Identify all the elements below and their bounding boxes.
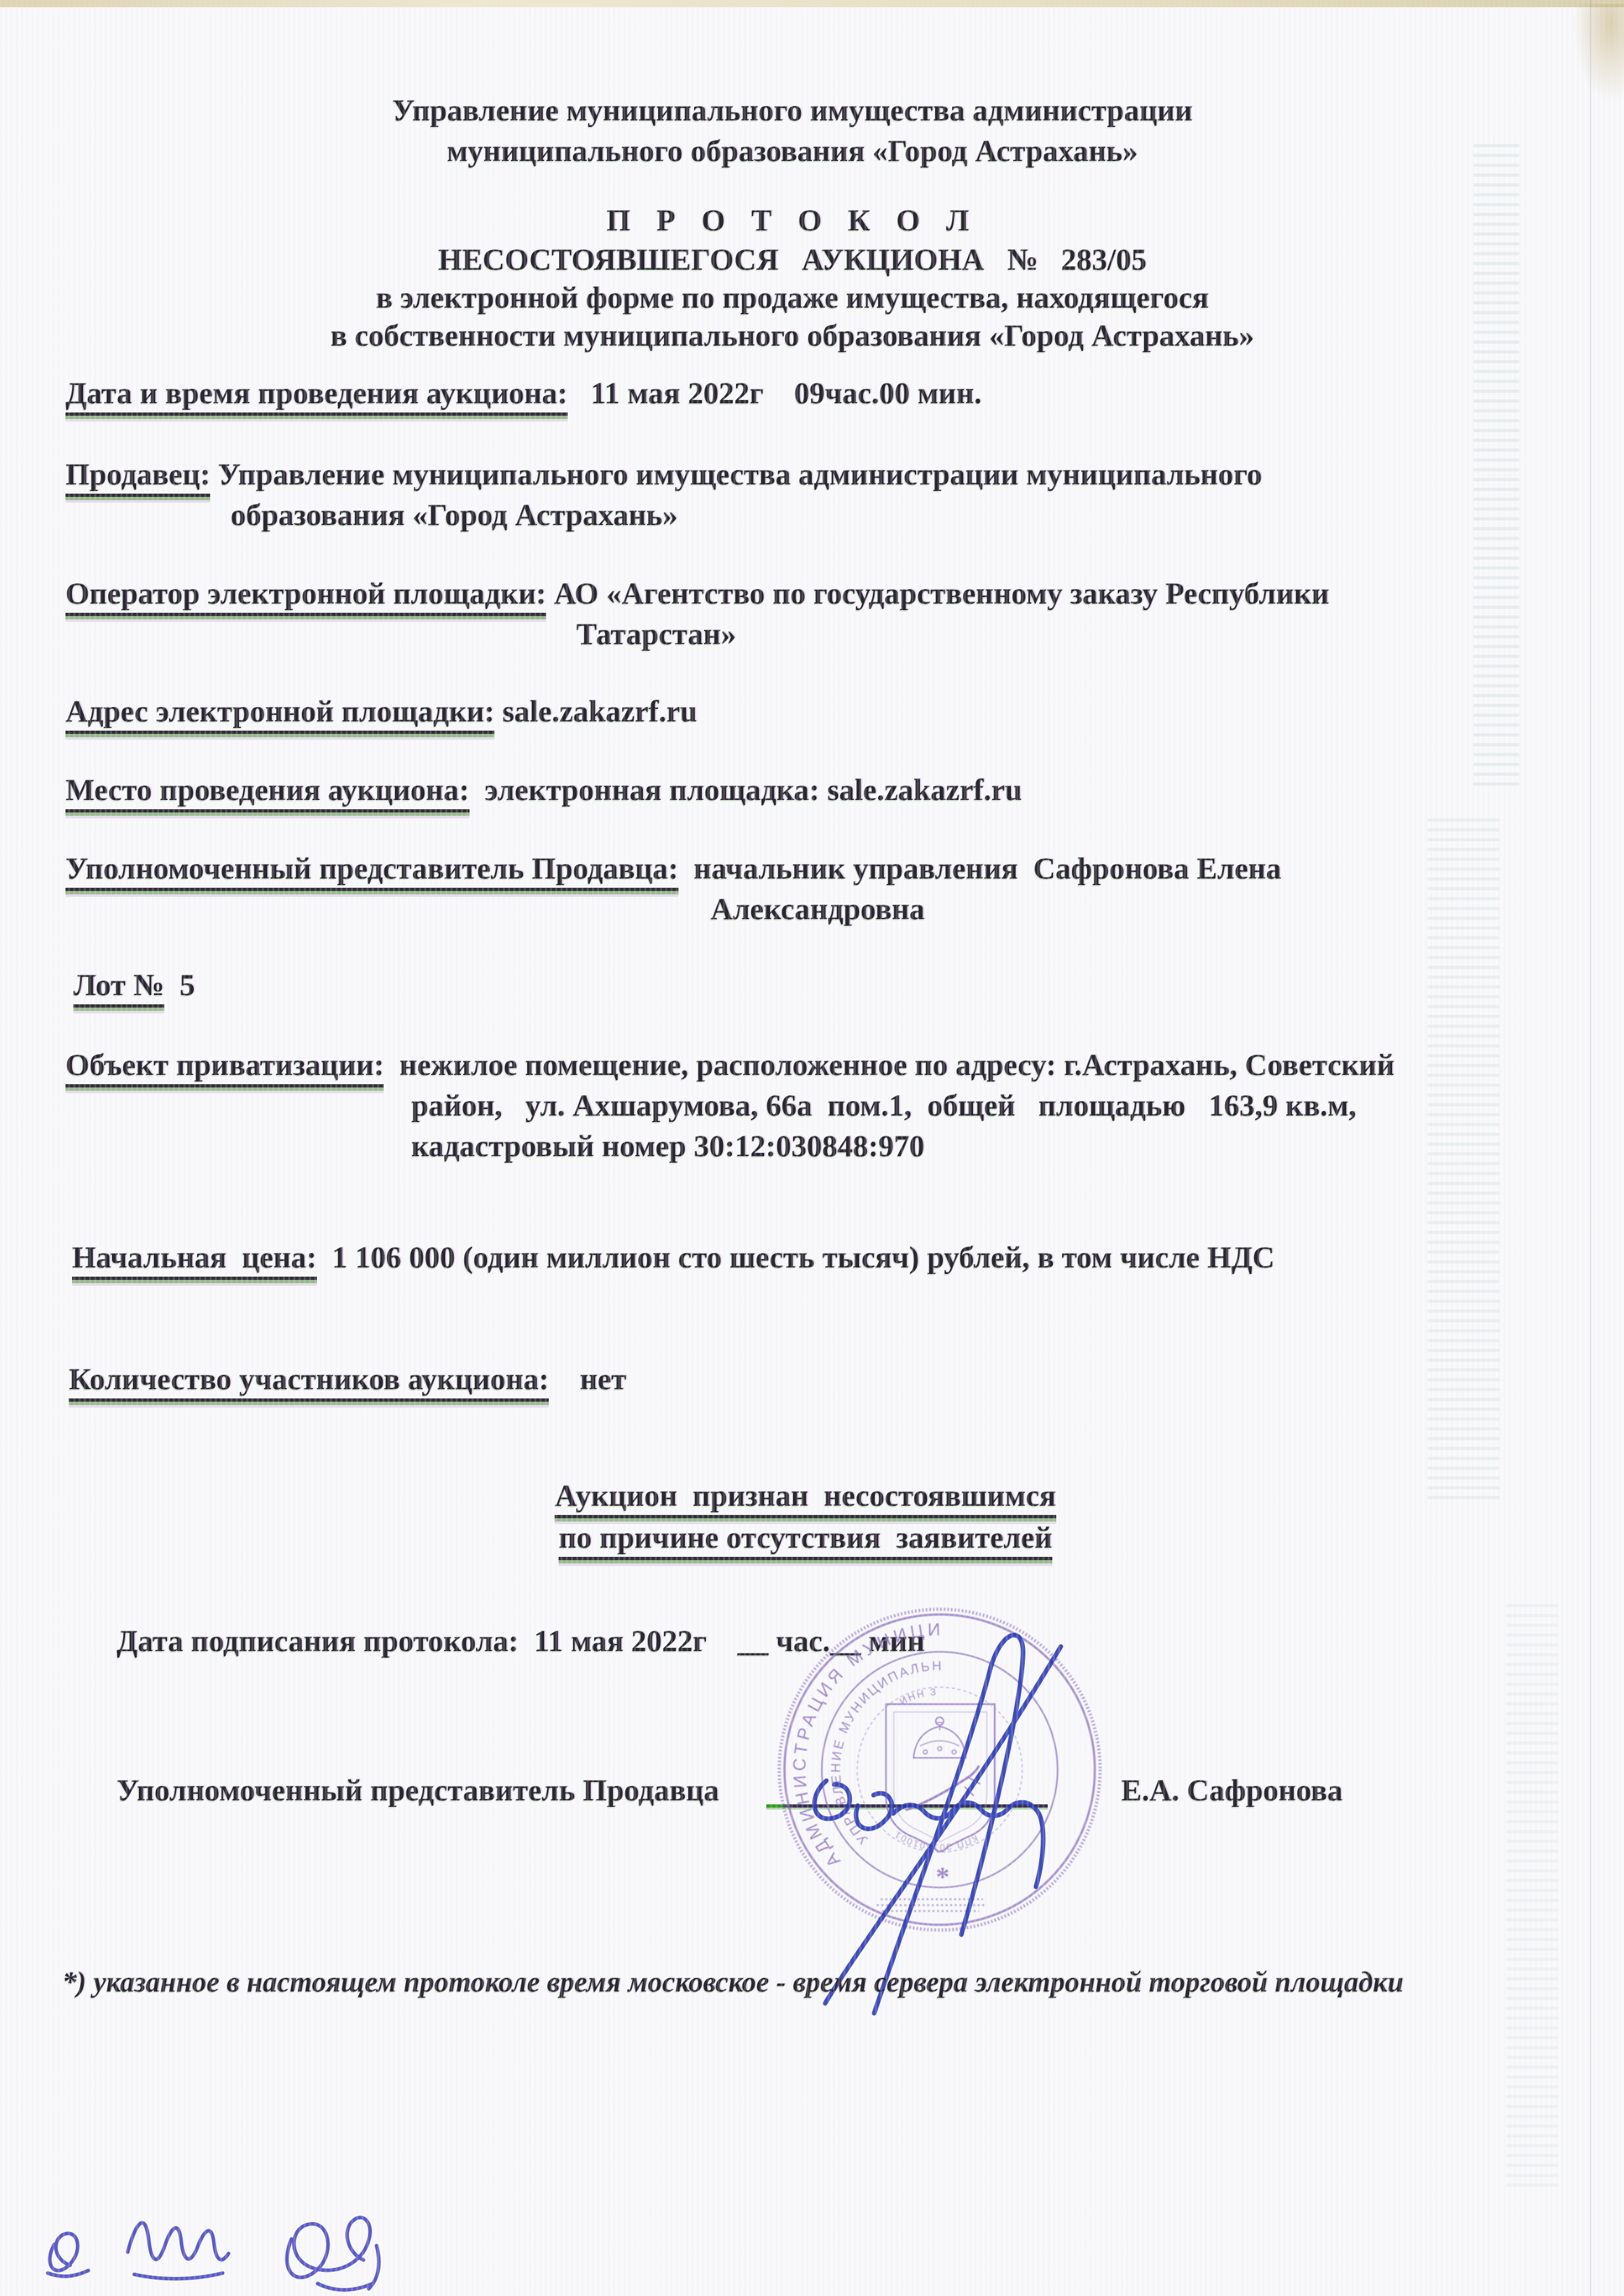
scribble-1 (48, 2233, 88, 2276)
resolution-line2: по причине отсутствия заявителей (0, 1519, 1611, 1558)
field-platform-address: Адрес электронной площадки: sale.zakazrf… (65, 693, 697, 731)
org-name-line1: Управление муниципального имущества адми… (0, 92, 1585, 130)
signing-rep-name: Е.А. Сафронова (1121, 1772, 1342, 1810)
resolution-line1-text: Аукцион признан несостоявшимся (555, 1479, 1056, 1518)
handwritten-scribbles (36, 2167, 468, 2296)
scan-bleed-through (1428, 818, 1500, 1506)
scanned-protocol-page: Управление муниципального имущества адми… (0, 0, 1624, 2296)
field-participants-count: Количество участников аукциона: нет (69, 1360, 626, 1399)
field-seller-value-cont: образования «Город Астрахань» (231, 496, 678, 535)
field-seller-representative: Уполномоченный представитель Продавца: н… (65, 850, 1282, 888)
field-privatization-object: Объект приватизации: нежилое помещение, … (65, 1046, 1394, 1085)
resolution-line1: Аукцион признан несостоявшимся (0, 1477, 1611, 1516)
field-starting-price-value: 1 106 000 (один миллион сто шесть тысяч)… (317, 1241, 1275, 1275)
field-participants-count-label: Количество участников аукциона: (69, 1362, 549, 1402)
field-lot-value: 5 (164, 968, 195, 1002)
field-privatization-object-value-cont1: район, ул. Ахшарумова, 66а пом.1, общей … (411, 1087, 1356, 1125)
field-seller-representative-label: Уполномоченный представитель Продавца: (65, 852, 678, 891)
field-auction-place-label: Место проведения аукциона: (65, 773, 470, 812)
protocol-title: П Р О Т О К О Л (0, 202, 1585, 240)
scribble-2 (128, 2223, 229, 2278)
field-auction-place-value: электронная площадка: sale.zakazrf.ru (470, 773, 1022, 807)
field-privatization-object-label: Объект приватизации: (65, 1048, 384, 1087)
field-operator-value-cont: Татарстан» (576, 615, 736, 654)
protocol-subtitle: НЕСОСТОЯВШЕГОСЯ АУКЦИОНА № 283/05 (0, 241, 1585, 280)
scan-bleed-through (1473, 144, 1519, 786)
signature-tail (893, 1802, 1043, 1887)
field-seller-representative-value-cont: Александровна (710, 890, 925, 929)
field-seller-representative-value: начальник управления Сафронова Елена (678, 852, 1282, 886)
signing-rep-label: Уполномоченный представитель Продавца (117, 1772, 719, 1810)
scribble-3 (287, 2217, 378, 2290)
field-seller-label: Продавец: (65, 458, 210, 497)
scan-fold-line (1590, 0, 1591, 2296)
footnote: *) указанное в настоящем протоколе время… (62, 1964, 1403, 2000)
resolution-line2-text: по причине отсутствия заявителей (559, 1521, 1052, 1560)
field-seller: Продавец: Управление муниципального имущ… (65, 456, 1262, 494)
field-lot: Лот № 5 (73, 966, 195, 1005)
field-starting-price-label: Начальная цена: (72, 1241, 317, 1280)
field-operator-value: АО «Агентство по государственному заказу… (546, 577, 1329, 611)
field-seller-value: Управление муниципального имущества адми… (210, 458, 1262, 492)
field-operator: Оператор электронной площадки: АО «Агент… (65, 575, 1329, 613)
protocol-desc-line2: в собственности муниципального образован… (0, 317, 1585, 355)
field-operator-label: Оператор электронной площадки: (65, 577, 546, 616)
field-auction-datetime-value: 11 мая 2022г 09час.00 мин. (568, 376, 982, 410)
field-auction-place: Место проведения аукциона: электронная п… (65, 771, 1022, 810)
field-starting-price: Начальная цена: 1 106 000 (один миллион … (72, 1239, 1274, 1277)
signature-initials (815, 1781, 892, 1829)
field-auction-datetime: Дата и время проведения аукциона: 11 мая… (65, 374, 982, 413)
scan-bleed-through (1506, 1604, 1559, 2193)
signing-date-label: Дата подписания протокола: (117, 1624, 519, 1658)
field-platform-address-label: Адрес электронной площадки: (65, 695, 494, 734)
field-platform-address-value: sale.zakazrf.ru (494, 695, 697, 729)
field-privatization-object-value: нежилое помещение, расположенное по адре… (384, 1048, 1394, 1082)
field-auction-datetime-label: Дата и время проведения аукциона: (65, 376, 568, 416)
protocol-desc-line1: в электронной форме по продаже имущества… (0, 279, 1585, 318)
scan-top-edge (0, 0, 1624, 7)
field-lot-label: Лот № (73, 968, 164, 1008)
field-participants-count-value: нет (549, 1362, 626, 1396)
org-name-line2: муниципального образования «Город Астрах… (0, 132, 1585, 171)
field-privatization-object-value-cont2: кадастровый номер 30:12:030848:970 (411, 1127, 925, 1166)
